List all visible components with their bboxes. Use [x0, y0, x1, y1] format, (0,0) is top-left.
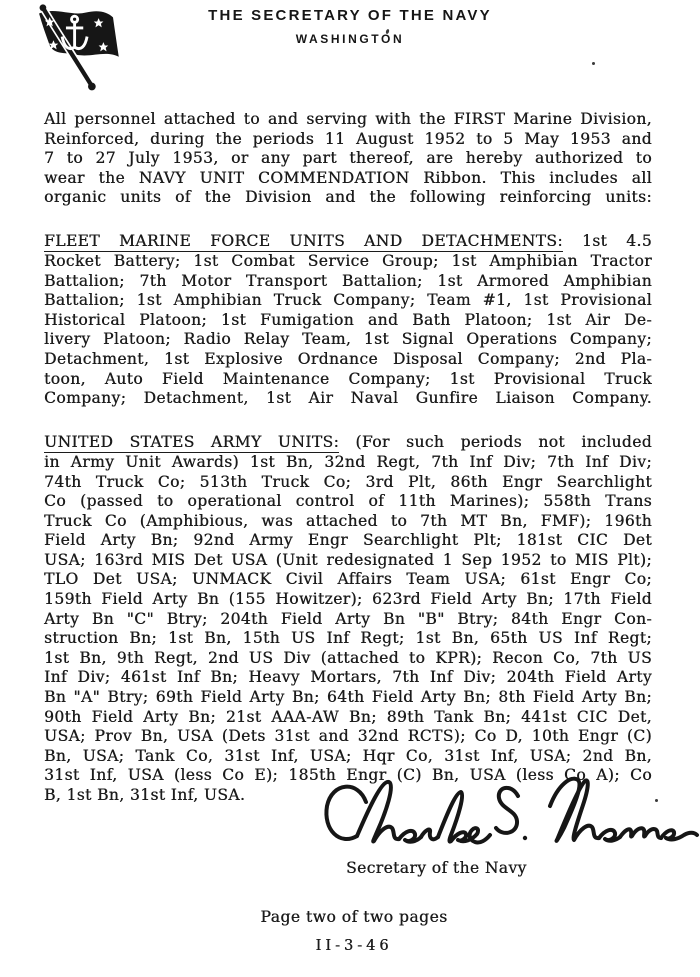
text-line: TLO Det USA; UNMACK Civil Affairs Team U… — [44, 570, 652, 590]
text-line: Bn "A" Btry; 69th Field Arty Bn; 64th Fi… — [44, 688, 652, 708]
section-heading-rest: (For such periods not included — [355, 433, 652, 451]
text-line: Bn, USA; Tank Co, 31st Inf, USA; Hqr Co,… — [44, 747, 652, 767]
text-line: toon, Auto Field Maintenance Company; 1s… — [44, 370, 652, 390]
text-line: All personnel attached to and serving wi… — [44, 110, 652, 130]
text-line: USA; 163rd MIS Det USA (Unit redesignate… — [44, 551, 652, 571]
page-number-label: Page two of two pages — [8, 908, 700, 926]
text-line: 159th Field Arty Bn (155 Howitzer); 623r… — [44, 590, 652, 610]
text-line: Co (passed to operational control of 11t… — [44, 492, 652, 512]
section-us-army-units: UNITED STATES ARMY UNITS: (For such peri… — [44, 433, 652, 805]
signature-charles-s-thomas — [312, 772, 700, 868]
text-line: 74th Truck Co; 513th Truck Co; 3rd Plt, … — [44, 473, 652, 493]
section-heading-line: UNITED STATES ARMY UNITS: (For such peri… — [44, 433, 652, 453]
text-line: struction Bn; 1st Bn, 15th US Inf Regt; … — [44, 629, 652, 649]
text-line: Detachment, 1st Explosive Ordnance Dispo… — [44, 350, 652, 370]
document-page: THE SECRETARY OF THE NAVY WASHINGTON All… — [0, 0, 700, 977]
text-line: organic units of the Division and the fo… — [44, 188, 652, 208]
text-line: Historical Platoon; 1st Fumigation and B… — [44, 311, 652, 331]
text-line: Battalion; 7th Motor Transport Battalion… — [44, 272, 652, 292]
text-line: 1st Bn, 9th Regt, 2nd US Div (attached t… — [44, 649, 652, 669]
text-line: livery Platoon; Radio Relay Team, 1st Si… — [44, 330, 652, 350]
document-number: II-3-46 — [8, 938, 700, 954]
section-heading-line: FLEET MARINE FORCE UNITS AND DETACHMENTS… — [44, 232, 652, 252]
text-line: Reinforced, during the periods 11 August… — [44, 130, 652, 150]
letterhead: THE SECRETARY OF THE NAVY WASHINGTON — [0, 7, 700, 46]
text-line: in Army Unit Awards) 1st Bn, 32nd Regt, … — [44, 453, 652, 473]
document-body: All personnel attached to and serving wi… — [44, 110, 652, 806]
text-line: 90th Field Arty Bn; 21st AAA-AW Bn; 89th… — [44, 708, 652, 728]
text-line: Arty Bn "C" Btry; 204th Field Arty Bn "B… — [44, 610, 652, 630]
scan-speck — [655, 799, 658, 802]
page-subtitle: WASHINGTON — [0, 32, 700, 46]
section-fleet-marine-force: FLEET MARINE FORCE UNITS AND DETACHMENTS… — [44, 232, 652, 408]
text-line: USA; Prov Bn, USA (Dets 31st and 32nd RC… — [44, 727, 652, 747]
text-line: Inf Div; 461st Inf Bn; Heavy Mortars, 7t… — [44, 668, 652, 688]
text-line: Truck Co (Amphibious, was attached to 7t… — [44, 512, 652, 532]
scan-speck — [592, 62, 595, 65]
intro-paragraph: All personnel attached to and serving wi… — [44, 110, 652, 208]
section-body: in Army Unit Awards) 1st Bn, 32nd Regt, … — [44, 453, 652, 806]
text-line: 7 to 27 July 1953, or any part thereof, … — [44, 149, 652, 169]
section-heading-rest: 1st 4.5 — [582, 232, 652, 250]
section-heading: FLEET MARINE FORCE UNITS AND DETACHMENTS… — [44, 232, 563, 252]
section-body: Rocket Battery; 1st Combat Service Group… — [44, 252, 652, 409]
text-line: Rocket Battery; 1st Combat Service Group… — [44, 252, 652, 272]
text-line: Company; Detachment, 1st Air Naval Gunfi… — [44, 389, 652, 409]
page-title: THE SECRETARY OF THE NAVY — [0, 7, 700, 24]
text-line: Battalion; 1st Amphibian Truck Company; … — [44, 291, 652, 311]
text-line: wear the NAVY UNIT COMMENDATION Ribbon. … — [44, 169, 652, 189]
signature-title: Secretary of the Navy — [346, 859, 527, 877]
text-line: Field Arty Bn; 92nd Army Engr Searchligh… — [44, 531, 652, 551]
page-footer: Page two of two pages II-3-46 — [0, 908, 700, 954]
section-heading: UNITED STATES ARMY UNITS: — [44, 433, 339, 453]
